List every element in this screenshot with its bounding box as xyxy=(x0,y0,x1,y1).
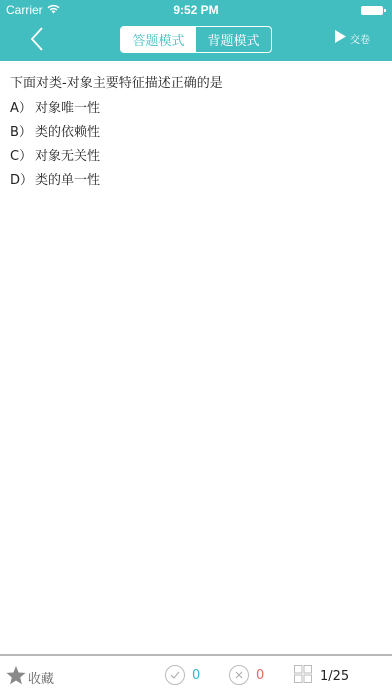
progress-label: 1/25 xyxy=(320,669,349,684)
tab-answer-mode[interactable]: 答题模式 xyxy=(121,27,196,52)
favorite-label: 收藏 xyxy=(28,668,54,687)
wrong-count-value: 0 xyxy=(256,668,264,683)
status-bar: Carrier 9:52 PM xyxy=(0,0,392,20)
option-letter: C） xyxy=(10,145,35,169)
question-area: 下面对类-对象主要特征描述正确的是 A） 对象唯一性 B） 类的依赖性 C） 对… xyxy=(0,61,392,205)
option-c[interactable]: C） 对象无关性 xyxy=(10,145,382,169)
wrong-count: 0 xyxy=(229,665,264,685)
option-text: 对象无关性 xyxy=(35,145,100,169)
back-button[interactable] xyxy=(22,26,52,56)
question-text: 下面对类-对象主要特征描述正确的是 xyxy=(10,73,382,95)
option-letter: D） xyxy=(10,169,35,193)
option-a[interactable]: A） 对象唯一性 xyxy=(10,97,382,121)
play-icon xyxy=(335,30,346,46)
header: Carrier 9:52 PM 答题模式 背题模式 xyxy=(0,0,392,61)
option-letter: B） xyxy=(10,121,35,145)
grid-icon xyxy=(294,665,312,687)
bottom-toolbar: 收藏 0 0 1/25 xyxy=(0,654,392,696)
option-b[interactable]: B） 类的依赖性 xyxy=(10,121,382,145)
option-letter: A） xyxy=(10,97,35,121)
mode-switcher: 答题模式 背题模式 xyxy=(120,26,272,53)
tab-review-mode[interactable]: 背题模式 xyxy=(196,27,271,52)
battery-icon xyxy=(361,6,383,15)
chevron-left-icon xyxy=(30,27,44,55)
correct-count-value: 0 xyxy=(192,668,200,683)
correct-count: 0 xyxy=(165,665,200,685)
nav-bar: 答题模式 背题模式 交卷 xyxy=(0,20,392,61)
option-d[interactable]: D） 类的单一性 xyxy=(10,169,382,193)
clock: 9:52 PM xyxy=(0,3,392,17)
favorite-button[interactable]: 收藏 xyxy=(6,666,54,689)
question-grid-button[interactable]: 1/25 xyxy=(294,665,349,687)
option-text: 类的单一性 xyxy=(35,169,100,193)
check-circle-icon xyxy=(165,665,185,685)
x-circle-icon xyxy=(229,665,249,685)
submit-button[interactable]: 交卷 xyxy=(335,30,370,46)
submit-label: 交卷 xyxy=(350,31,370,46)
option-text: 对象唯一性 xyxy=(35,97,100,121)
option-text: 类的依赖性 xyxy=(35,121,100,145)
star-icon xyxy=(6,666,26,689)
